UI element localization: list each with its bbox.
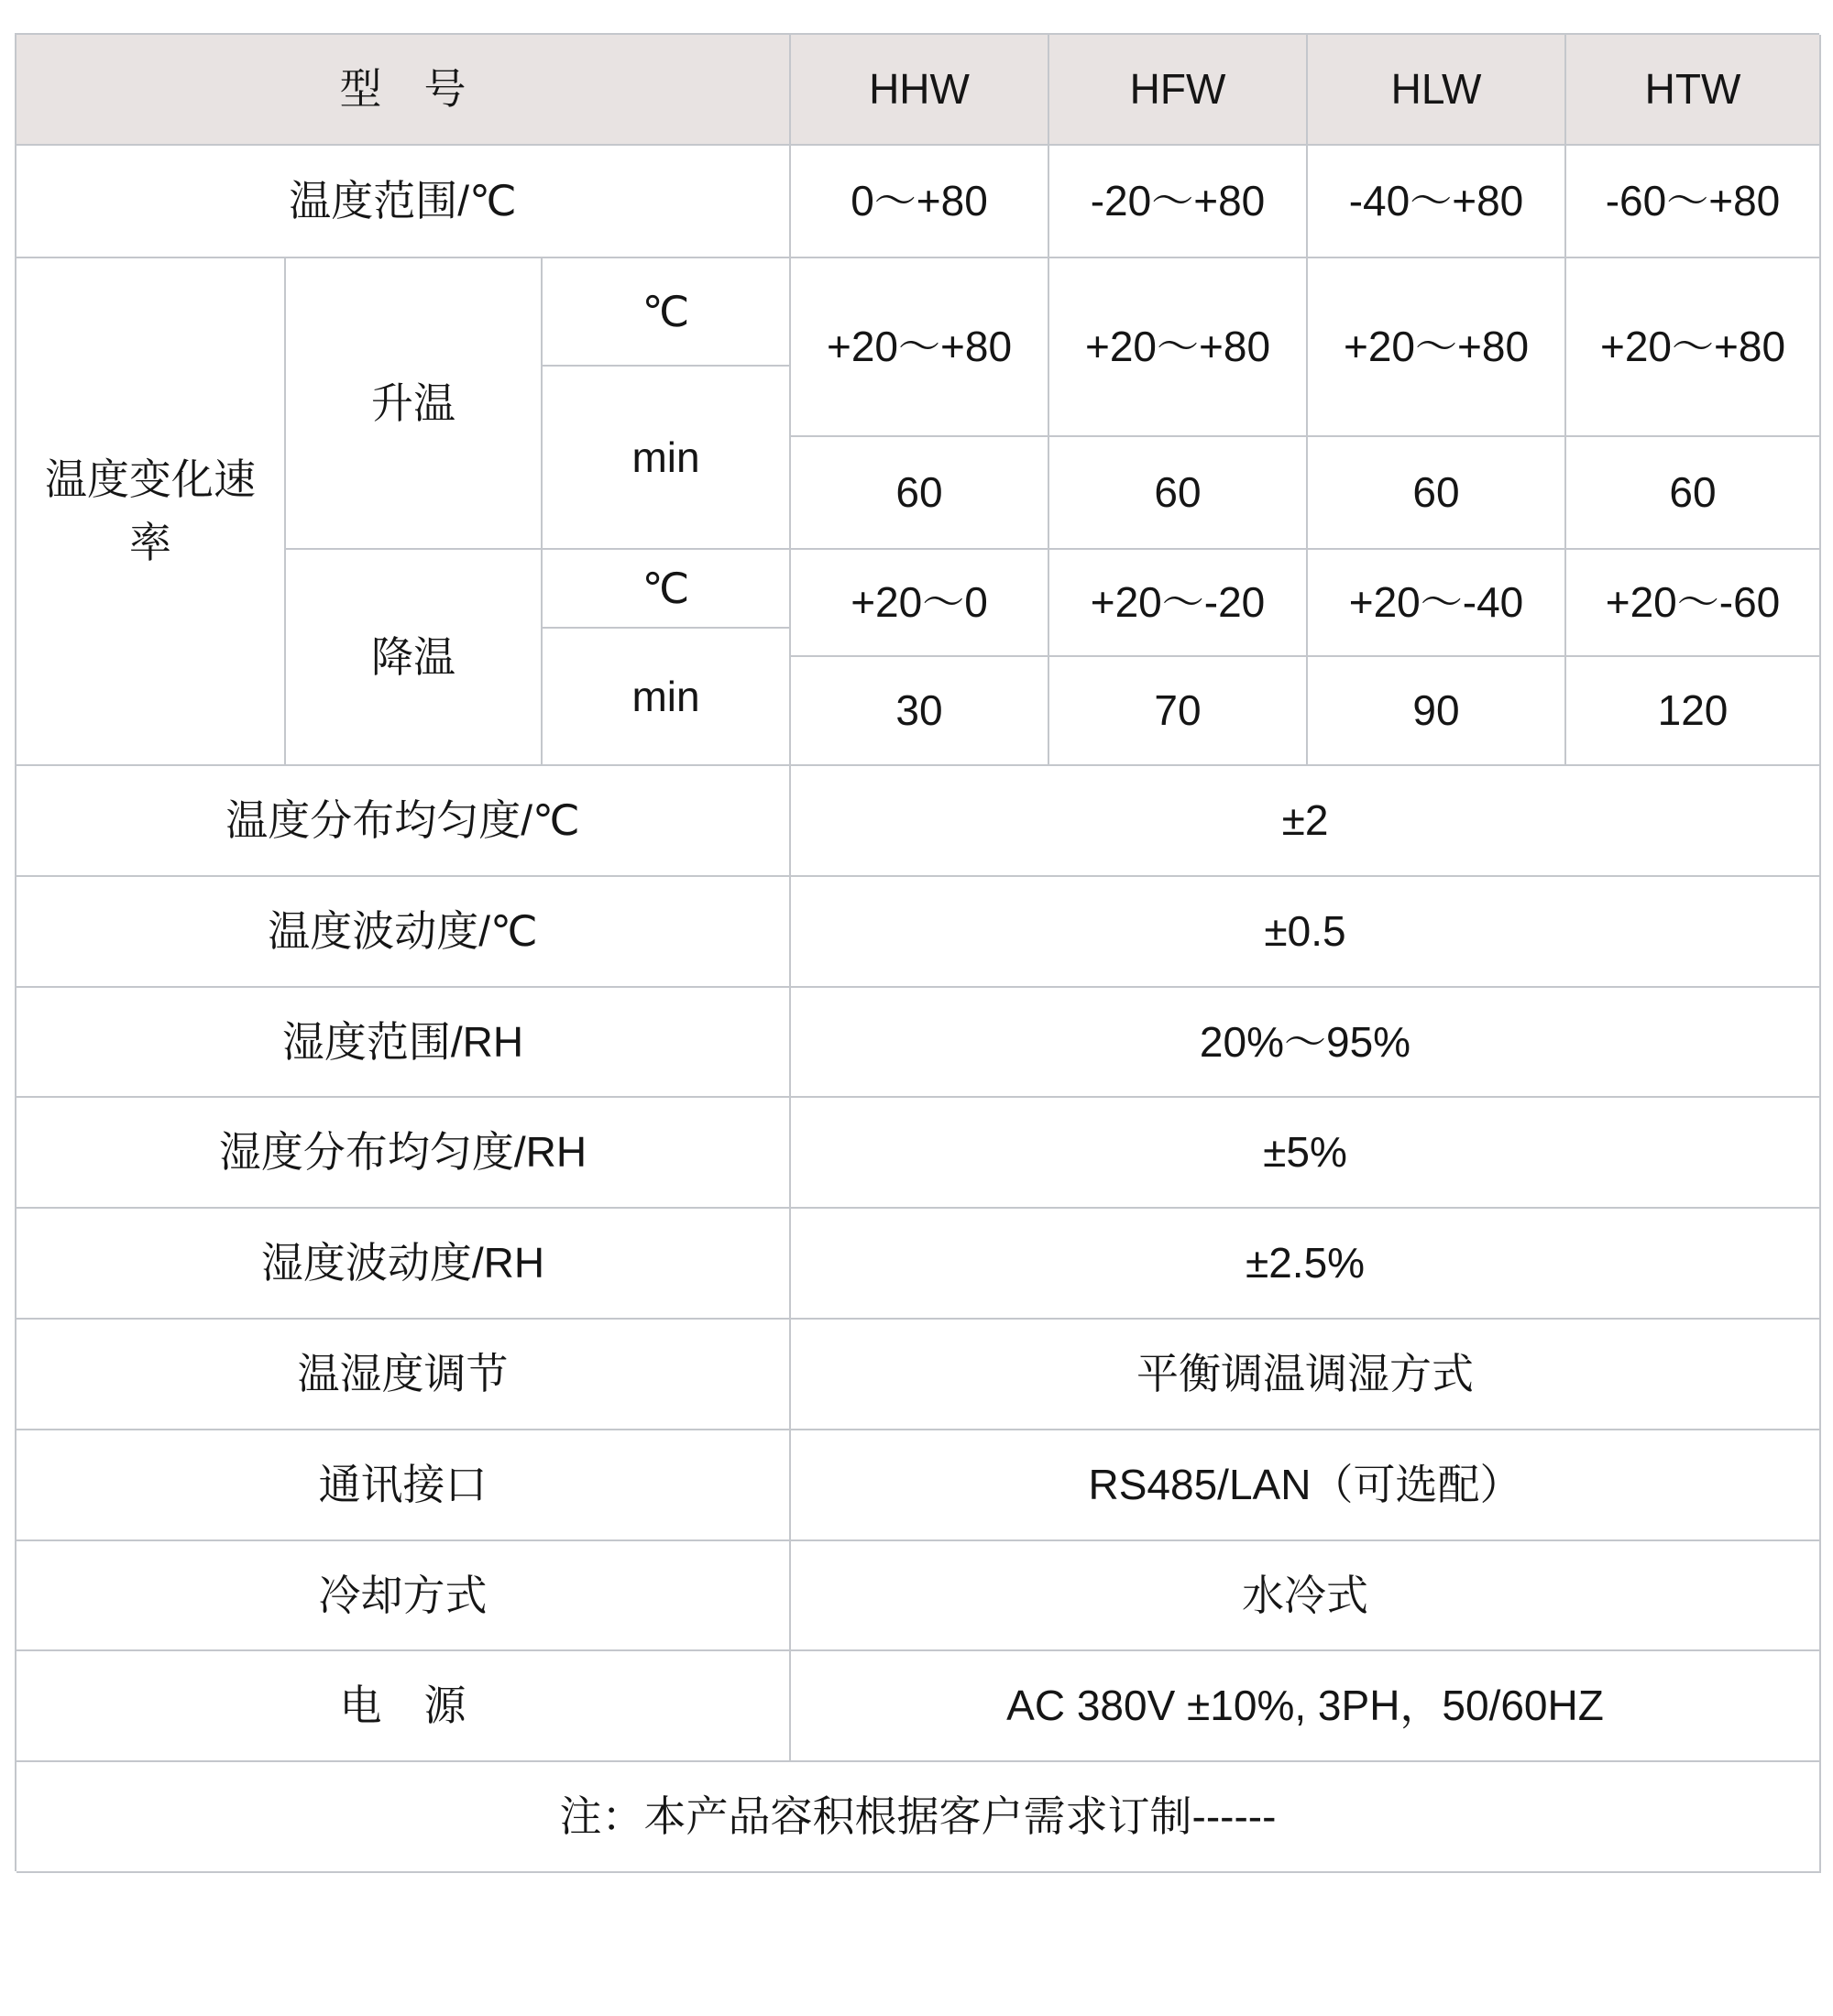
cooling-time-value-hhw: 30: [791, 657, 1049, 766]
spec-value-temp-humidity-control: 平衡调温调湿方式: [791, 1320, 1821, 1430]
spec-value-temp-uniformity: ±2: [791, 766, 1821, 877]
model-header-label: 型 号: [16, 35, 791, 146]
cooling-time-value-hlw: 90: [1308, 657, 1566, 766]
spec-value-power-supply: AC 380V ±10%, 3PH，50/60HZ: [791, 1651, 1821, 1762]
spec-label-power-supply: 电 源: [16, 1651, 791, 1762]
cooling-time-value-hfw: 70: [1049, 657, 1308, 766]
product-spec-table: 型 号 HHW HFW HLW HTW 温度范围/℃ 0～+80 -20～+80…: [15, 33, 1819, 1871]
note-row: 注：本产品容积根据客户需求订制------: [16, 1762, 1821, 1873]
heating-time-value-hhw: 60: [791, 437, 1049, 550]
spec-value-comm-interface: RS485/LAN（可选配）: [791, 1430, 1821, 1541]
spec-label-humidity-uniformity: 湿度分布均匀度/RH: [16, 1098, 791, 1209]
heating-temp-value-htw: +20～+80: [1566, 258, 1821, 437]
temp-range-value-hhw: 0～+80: [791, 146, 1049, 258]
spec-value-humidity-fluctuation: ±2.5%: [791, 1209, 1821, 1320]
heating-label: 升温: [286, 258, 543, 550]
model-column-htw: HTW: [1566, 35, 1821, 146]
spec-label-temp-fluctuation: 温度波动度/℃: [16, 877, 791, 988]
cooling-label: 降温: [286, 550, 543, 766]
model-column-hlw: HLW: [1308, 35, 1566, 146]
heating-time-value-hfw: 60: [1049, 437, 1308, 550]
spec-label-cooling-method: 冷却方式: [16, 1541, 791, 1651]
spec-value-temp-fluctuation: ±0.5: [791, 877, 1821, 988]
spec-value-cooling-method: 水冷式: [791, 1541, 1821, 1651]
cooling-temp-value-hhw: +20～0: [791, 550, 1049, 657]
cooling-temp-value-hlw: +20～-40: [1308, 550, 1566, 657]
page: 型 号 HHW HFW HLW HTW 温度范围/℃ 0～+80 -20～+80…: [0, 0, 1833, 2016]
cooling-time-value-htw: 120: [1566, 657, 1821, 766]
heating-time-unit: min: [543, 367, 791, 550]
cooling-time-unit: min: [543, 629, 791, 766]
model-column-hfw: HFW: [1049, 35, 1308, 146]
heating-time-value-hlw: 60: [1308, 437, 1566, 550]
cooling-temp-value-hfw: +20～-20: [1049, 550, 1308, 657]
spec-value-humidity-range: 20%～95%: [791, 988, 1821, 1098]
temp-range-value-htw: -60～+80: [1566, 146, 1821, 258]
temp-range-label: 温度范围/℃: [16, 146, 791, 258]
cooling-temp-unit: ℃: [543, 550, 791, 629]
rate-block-label: 温度变化速 率: [16, 258, 286, 766]
heating-temp-value-hfw: +20～+80: [1049, 258, 1308, 437]
spec-label-humidity-fluctuation: 湿度波动度/RH: [16, 1209, 791, 1320]
heating-time-value-htw: 60: [1566, 437, 1821, 550]
cooling-temp-value-htw: +20～-60: [1566, 550, 1821, 657]
heating-temp-unit: ℃: [543, 258, 791, 367]
spec-label-temp-humidity-control: 温湿度调节: [16, 1320, 791, 1430]
spec-value-humidity-uniformity: ±5%: [791, 1098, 1821, 1209]
spec-label-comm-interface: 通讯接口: [16, 1430, 791, 1541]
temp-range-value-hlw: -40～+80: [1308, 146, 1566, 258]
heating-temp-value-hlw: +20～+80: [1308, 258, 1566, 437]
model-column-hhw: HHW: [791, 35, 1049, 146]
spec-label-temp-uniformity: 温度分布均匀度/℃: [16, 766, 791, 877]
temp-range-value-hfw: -20～+80: [1049, 146, 1308, 258]
spec-label-humidity-range: 湿度范围/RH: [16, 988, 791, 1098]
heating-temp-value-hhw: +20～+80: [791, 258, 1049, 437]
